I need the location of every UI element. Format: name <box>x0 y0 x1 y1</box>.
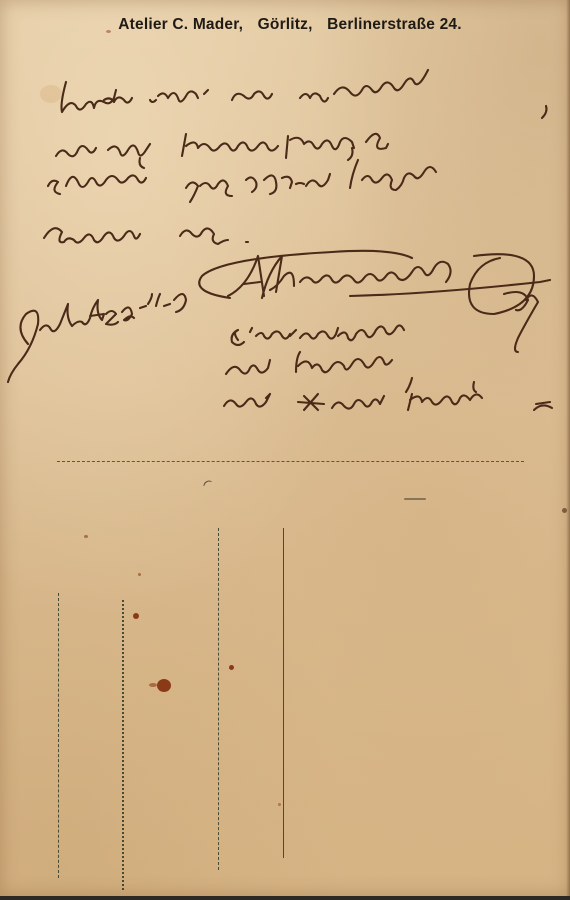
stain-spot <box>278 803 281 806</box>
foxing-stain <box>40 85 62 103</box>
handwriting-strokes <box>0 0 570 460</box>
stain-spot <box>157 679 171 692</box>
address-divider-line <box>57 461 524 462</box>
ink-mark <box>562 508 567 513</box>
scan-edge <box>0 896 570 900</box>
stain-spot <box>133 613 139 619</box>
ink-mark <box>404 498 426 500</box>
stain-spot <box>106 30 111 33</box>
ink-mark <box>203 479 212 488</box>
stain-spot <box>84 535 88 538</box>
address-rule-2 <box>122 600 124 890</box>
address-rule-4 <box>283 528 284 858</box>
stain-spot <box>149 683 157 687</box>
postcard-back: Atelier C. Mader, Görlitz, Berlinerstraß… <box>0 0 570 896</box>
address-rule-3 <box>218 528 219 870</box>
address-rule-1 <box>58 593 59 878</box>
stain-spot <box>138 573 141 576</box>
stain-spot <box>229 665 234 670</box>
